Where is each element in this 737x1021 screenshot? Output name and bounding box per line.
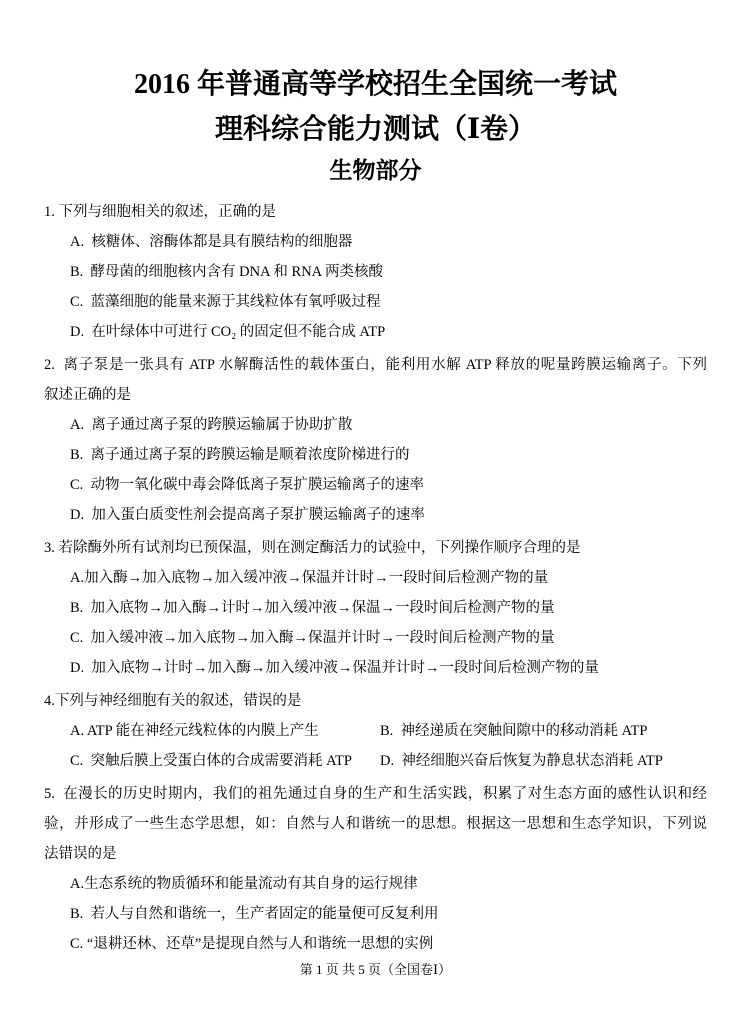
- question-2-option-D: D. 加入蛋白质变性剂会提高离子泵扩膜运输离子的速率: [44, 500, 707, 530]
- question-5-stem-line-3: 法错误的是: [44, 839, 707, 869]
- question-5-option-B: B. 若人与自然和谐统一，生产者固定的能量便可反复利用: [44, 899, 707, 929]
- question-4-option-B: B. 神经递质在突触间隙中的移动消耗 ATP: [354, 716, 707, 746]
- question-2-option-C: C. 动物一氧化碳中毒会降低离子泵扩膜运输离子的速率: [44, 470, 707, 500]
- question-4: 4.下列与神经细胞有关的叙述，错误的是A. ATP 能在神经元线粒体的内膜上产生…: [44, 686, 707, 776]
- question-3-option-A: A.加入酶→加入底物→加入缓冲液→保温并计时→一段时间后检测产物的量: [44, 563, 707, 593]
- question-1-options: A. 核糖体、溶酶体都是具有膜结构的细胞器B. 酵母菌的细胞核内含有 DNA 和…: [44, 227, 707, 347]
- question-3-option-D: D. 加入底物→计时→加入酶→加入缓冲液→保温并计时→一段时间后检测产物的量: [44, 653, 707, 683]
- question-3-options: A.加入酶→加入底物→加入缓冲液→保温并计时→一段时间后检测产物的量B. 加入底…: [44, 563, 707, 683]
- question-2: 2. 离子泵是一张具有 ATP 水解酶活性的载体蛋白，能利用水解 ATP 释放的…: [44, 350, 707, 530]
- question-5-option-A: A.生态系统的物质循环和能量流动有其自身的运行规律: [44, 869, 707, 899]
- questions-list: 1. 下列与细胞相关的叙述，正确的是A. 核糖体、溶酶体都是具有膜结构的细胞器B…: [44, 197, 707, 959]
- exam-title-line2: 理科综合能力测试（Ⅰ卷）: [44, 107, 707, 152]
- question-3-option-B: B. 加入底物→加入酶→计时→加入缓冲液→保温→一段时间后检测产物的量: [44, 593, 707, 623]
- question-3-option-C: C. 加入缓冲液→加入底物→加入酶→保温并计时→一段时间后检测产物的量: [44, 623, 707, 653]
- question-1-stem-line-1: 1. 下列与细胞相关的叙述，正确的是: [44, 197, 707, 227]
- question-5: 5. 在漫长的历史时期内，我们的祖先通过自身的生产和生活实践，积累了对生态方面的…: [44, 779, 707, 959]
- question-2-option-B: B. 离子通过离子泵的跨膜运输是顺着浓度阶梯进行的: [44, 440, 707, 470]
- question-1-option-B: B. 酵母菌的细胞核内含有 DNA 和 RNA 两类核酸: [44, 257, 707, 287]
- question-2-option-A: A. 离子通过离子泵的跨膜运输属于协助扩散: [44, 410, 707, 440]
- section-title: 生物部分: [44, 154, 707, 187]
- question-5-options: A.生态系统的物质循环和能量流动有其自身的运行规律B. 若人与自然和谐统一，生产…: [44, 869, 707, 959]
- question-1-option-A: A. 核糖体、溶酶体都是具有膜结构的细胞器: [44, 227, 707, 257]
- question-3-stem-line-1: 3. 若除酶外所有试剂均已预保温，则在测定酶活力的试验中，下列操作顺序合理的是: [44, 533, 707, 563]
- question-2-stem-line-2: 叙述正确的是: [44, 380, 707, 410]
- exam-header: 2016 年普通高等学校招生全国统一考试 理科综合能力测试（Ⅰ卷） 生物部分: [44, 62, 707, 187]
- question-4-stem-line-1: 4.下列与神经细胞有关的叙述，错误的是: [44, 686, 707, 716]
- question-4-option-D: D. 神经细胞兴奋后恢复为静息状态消耗 ATP: [354, 746, 707, 776]
- question-4-option-A: A. ATP 能在神经元线粒体的内膜上产生: [44, 716, 354, 746]
- question-5-option-C: C. “退耕还林、还草”是提现自然与人和谐统一思想的实例: [44, 929, 707, 959]
- question-1-option-C: C. 蓝藻细胞的能量来源于其线粒体有氧呼吸过程: [44, 287, 707, 317]
- question-3: 3. 若除酶外所有试剂均已预保温，则在测定酶活力的试验中，下列操作顺序合理的是A…: [44, 533, 707, 683]
- question-1-option-D: D. 在叶绿体中可进行 CO₂ 的固定但不能合成 ATP: [44, 317, 707, 347]
- question-1: 1. 下列与细胞相关的叙述，正确的是A. 核糖体、溶酶体都是具有膜结构的细胞器B…: [44, 197, 707, 347]
- exam-title-line1: 2016 年普通高等学校招生全国统一考试: [44, 62, 707, 107]
- question-2-stem-line-1: 2. 离子泵是一张具有 ATP 水解酶活性的载体蛋白，能利用水解 ATP 释放的…: [44, 350, 707, 380]
- exam-page: 2016 年普通高等学校招生全国统一考试 理科综合能力测试（Ⅰ卷） 生物部分 1…: [0, 0, 737, 1021]
- page-footer: 第 1 页 共 5 页（全国卷Ⅰ）: [44, 961, 707, 979]
- question-4-options: A. ATP 能在神经元线粒体的内膜上产生B. 神经递质在突触间隙中的移动消耗 …: [44, 716, 707, 776]
- question-4-option-C: C. 突触后膜上受蛋白体的合成需要消耗 ATP: [44, 746, 354, 776]
- question-2-options: A. 离子通过离子泵的跨膜运输属于协助扩散B. 离子通过离子泵的跨膜运输是顺着浓…: [44, 410, 707, 530]
- question-5-stem-line-1: 5. 在漫长的历史时期内，我们的祖先通过自身的生产和生活实践，积累了对生态方面的…: [44, 779, 707, 809]
- question-5-stem-line-2: 验，并形成了一些生态学思想，如：自然与人和谐统一的思想。根据这一思想和生态学知识…: [44, 809, 707, 839]
